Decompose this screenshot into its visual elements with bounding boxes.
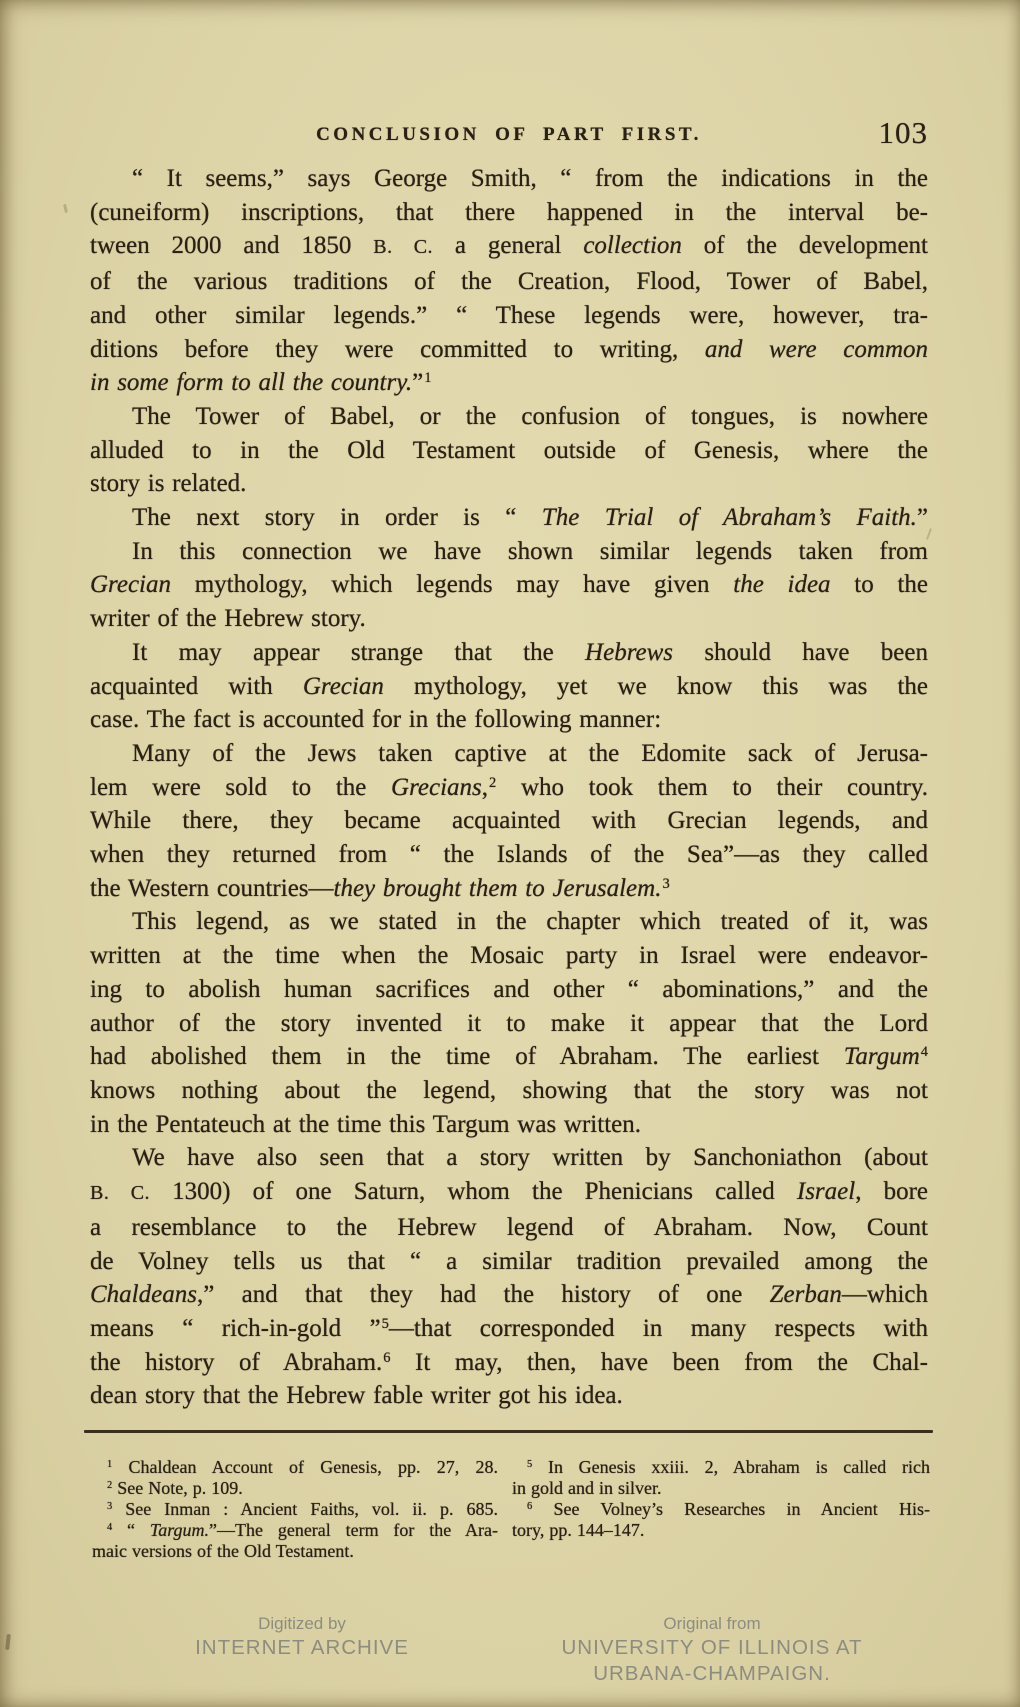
- text-line: lem were sold to the Grecians,2 who took…: [90, 771, 928, 805]
- text-line: tween 2000 and 1850 B. C. a general coll…: [90, 229, 928, 265]
- text-line: the Western countries—they brought them …: [90, 872, 928, 906]
- text-line: in the Pentateuch at the time this Targu…: [90, 1108, 928, 1142]
- text-line: the history of Abraham.6 It may, then, h…: [90, 1346, 928, 1380]
- text-line: ing to abolish human sacrifices and othe…: [90, 973, 928, 1007]
- digitized-by-label: Digitized by: [152, 1613, 452, 1635]
- text-line: This legend, as we stated in the chapter…: [90, 905, 928, 939]
- scan-speck: [63, 204, 68, 213]
- scan-speck: [5, 1634, 11, 1650]
- footnotes-right-column: 5 In Genesis xxiii. 2, Abraham is called…: [512, 1457, 930, 1562]
- footnote-divider: [84, 1430, 933, 1433]
- text-line: (cuneiform) inscriptions, that there hap…: [90, 196, 928, 230]
- digitized-watermark: Digitized by INTERNET ARCHIVE: [152, 1613, 452, 1661]
- text-line: maic versions of the Old Testament.: [92, 1541, 498, 1562]
- text-line: 5 In Genesis xxiii. 2, Abraham is called…: [512, 1457, 930, 1478]
- text-line: means “ rich-in-gold ”5—that corresponde…: [90, 1312, 928, 1346]
- text-line: alluded to in the Old Testament outside …: [90, 434, 928, 468]
- original-from-name-line2: URBANA-CHAMPAIGN.: [510, 1661, 914, 1687]
- text-line: written at the time when the Mosaic part…: [90, 939, 928, 973]
- text-line: acquainted with Grecian mythology, yet w…: [90, 670, 928, 704]
- text-line: It may appear strange that the Hebrews s…: [90, 636, 928, 670]
- text-line: 4 “ Targum.”—The general term for the Ar…: [92, 1520, 498, 1541]
- text-line: dean story that the Hebrew fable writer …: [90, 1379, 928, 1413]
- text-line: While there, they became acquainted with…: [90, 804, 928, 838]
- text-line: in gold and in silver.: [512, 1478, 930, 1499]
- original-from-name-line1: UNIVERSITY OF ILLINOIS AT: [510, 1635, 914, 1661]
- footnotes-left-column: 1 Chaldean Account of Genesis, pp. 27, 2…: [92, 1457, 498, 1562]
- text-line: Many of the Jews taken captive at the Ed…: [90, 737, 928, 771]
- text-line: in some form to all the country.”1: [90, 366, 928, 400]
- page-number: 103: [879, 115, 929, 151]
- text-line: tory, pp. 144–147.: [512, 1520, 930, 1541]
- text-line: 1 Chaldean Account of Genesis, pp. 27, 2…: [92, 1457, 498, 1478]
- text-line: when they returned from “ the Islands of…: [90, 838, 928, 872]
- text-line: We have also seen that a story written b…: [90, 1141, 928, 1175]
- text-line: The Tower of Babel, or the confusion of …: [90, 400, 928, 434]
- text-line: 3 See Inman : Ancient Faiths, vol. ii. p…: [92, 1499, 498, 1520]
- text-line: Grecian mythology, which legends may hav…: [90, 568, 928, 602]
- text-line: story is related.: [90, 467, 928, 501]
- text-line: a resemblance to the Hebrew legend of Ab…: [90, 1211, 928, 1245]
- text-line: case. The fact is accounted for in the f…: [90, 703, 928, 737]
- text-line: of the various traditions of the Creatio…: [90, 265, 928, 299]
- text-line: In this connection we have shown similar…: [90, 535, 928, 569]
- text-line: ditions before they were committed to wr…: [90, 333, 928, 367]
- page-header: CONCLUSION OF PART FIRST. 103: [90, 100, 928, 148]
- text-line: had abolished them in the time of Abraha…: [90, 1040, 928, 1074]
- footnotes-section: 1 Chaldean Account of Genesis, pp. 27, 2…: [92, 1457, 930, 1562]
- text-line: 2 See Note, p. 109.: [92, 1478, 498, 1499]
- original-from-label: Original from: [510, 1613, 914, 1635]
- original-from-watermark: Original from UNIVERSITY OF ILLINOIS AT …: [510, 1613, 914, 1687]
- text-line: de Volney tells us that “ a similar trad…: [90, 1245, 928, 1279]
- text-line: author of the story invented it to make …: [90, 1007, 928, 1041]
- text-line: writer of the Hebrew story.: [90, 602, 928, 636]
- text-line: 6 See Volney’s Researches in Ancient His…: [512, 1499, 930, 1520]
- text-line: and other similar legends.” “ These lege…: [90, 299, 928, 333]
- scanned-book-page: CONCLUSION OF PART FIRST. 103 “ It seems…: [0, 0, 1020, 1707]
- text-line: B. C. 1300) of one Saturn, whom the Phen…: [90, 1175, 928, 1211]
- page-body-text: “ It seems,” says George Smith, “ from t…: [90, 162, 928, 1413]
- text-line: The next story in order is “ The Trial o…: [90, 501, 928, 535]
- text-line: knows nothing about the legend, showing …: [90, 1074, 928, 1108]
- digitized-by-name: INTERNET ARCHIVE: [152, 1635, 452, 1661]
- text-line: Chaldeans,” and that they had the histor…: [90, 1278, 928, 1312]
- running-head: CONCLUSION OF PART FIRST.: [90, 124, 928, 146]
- text-line: “ It seems,” says George Smith, “ from t…: [90, 162, 928, 196]
